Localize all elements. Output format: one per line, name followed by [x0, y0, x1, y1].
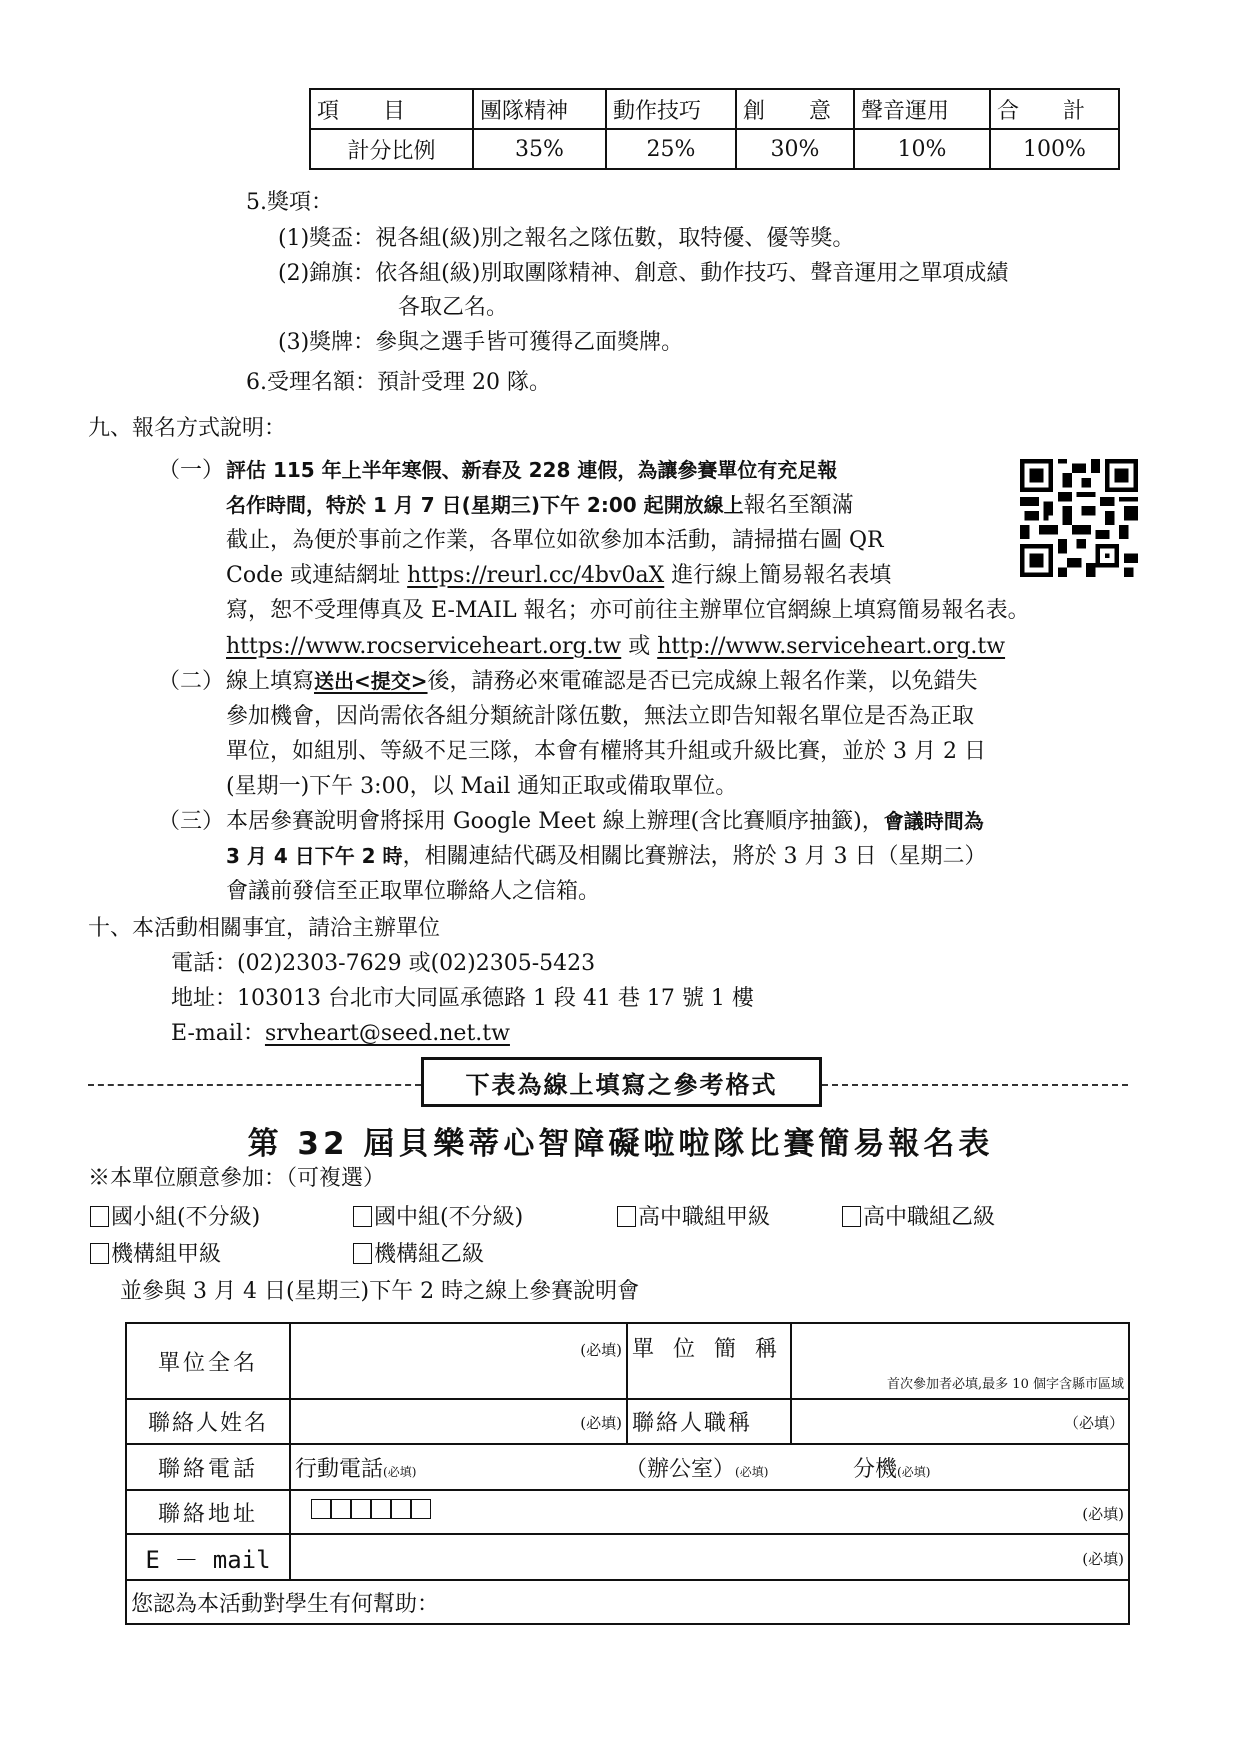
input-email[interactable]: (必填) [290, 1534, 1129, 1580]
value-total: 100% [990, 129, 1119, 169]
input-unit-short-name[interactable]: 首次參加者必填,最多 10 個字含縣市區域 [791, 1323, 1129, 1399]
option-institution-b[interactable]: 機構組乙級 [353, 1243, 484, 1266]
reurl-link[interactable]: https://reurl.cc/4bv0aX [407, 563, 664, 588]
postal-code-boxes[interactable] [311, 1499, 431, 1519]
awards-heading: 5.獎項： [246, 192, 333, 214]
contact-email-line: E-mail：srvheart@seed.net.tw [171, 1023, 510, 1045]
divider-right [822, 1084, 1128, 1086]
p2-marker: （二） [158, 671, 224, 693]
p2-line3: 單位，如組別、等級不足三隊，本會有權將其升組或升級比賽，並於 3 月 2 日 [226, 741, 986, 763]
value-creativity: 30% [736, 129, 854, 169]
p1-line4: Code 或連結網址 https://reurl.cc/4bv0aX 進行線上簡… [226, 565, 891, 587]
p1-marker: （一） [158, 460, 224, 482]
also-attend-note: 並參與 3 月 4 日(星期三)下午 2 時之線上參賽說明會 [120, 1281, 639, 1303]
input-phone-group[interactable]: 行動電話(必填)（辦公室）(必填)分機(必填) [290, 1444, 1129, 1490]
row-unit-name: 單位全名 (必填) 單 位 簡 稱 首次參加者必填,最多 10 個字含縣市區域 [126, 1323, 1129, 1399]
row-label: 計分比例 [310, 129, 473, 169]
quota: 6.受理名額：預計受理 20 隊。 [246, 372, 551, 394]
p1-line5: 寫，恕不受理傳真及 E-MAIL 報名；亦可前往主辦單位官網線上填寫簡易報名表。 [226, 600, 1030, 622]
qr-code-icon[interactable] [1019, 459, 1139, 577]
award-trophy: (1)獎盃：視各組(級)別之報名之隊伍數，取特優、優等獎。 [278, 228, 854, 250]
input-contact-title[interactable]: （必填） [791, 1399, 1129, 1444]
option-elementary[interactable]: 國小組(不分級) [90, 1206, 260, 1229]
option-senior-high-a[interactable]: 高中職組甲級 [617, 1206, 770, 1229]
value-team-spirit: 35% [473, 129, 606, 169]
p1-line1: 評估 115 年上半年寒假、新春及 228 連假，為讓參賽單位有充足報 [226, 460, 837, 480]
label-unit-full-name: 單位全名 [126, 1323, 290, 1399]
award-banner-cont: 各取乙名。 [398, 297, 508, 319]
label-contact-title: 聯絡人職稱 [627, 1399, 791, 1444]
contact-phone: 電話：(02)2303-7629 或(02)2305-5423 [171, 953, 595, 975]
section10-heading: 十、本活動相關事宜，請洽主辦單位 [88, 918, 440, 940]
value-movement-skill: 25% [606, 129, 736, 169]
row-help: 您認為本活動對學生有何幫助： [126, 1580, 1129, 1624]
checkbox[interactable] [353, 1243, 372, 1264]
p2-line2: 參加機會，因尚需依各組分類統計隊伍數，無法立即告知報名單位是否為正取 [226, 706, 974, 728]
p3-line2: 3 月 4 日下午 2 時，相關連結代碼及相關比賽辦法，將於 3 月 3 日（星… [226, 846, 987, 868]
p2-line4: (星期一)下午 3:00，以 Mail 通知正取或備取單位。 [226, 776, 737, 798]
header-total: 合 計 [990, 89, 1119, 129]
label-address: 聯絡地址 [126, 1490, 290, 1534]
p1-line2: 名作時間，特於 1 月 7 日(星期三)下午 2:00 起開放線上報名至額滿 [226, 495, 854, 517]
scoring-value-row: 計分比例 35% 25% 30% 10% 100% [310, 129, 1119, 169]
label-email: E － mail [126, 1534, 290, 1580]
checkbox[interactable] [353, 1206, 372, 1227]
checkbox[interactable] [842, 1206, 861, 1227]
form-title: 第 32 屆貝樂蒂心智障礙啦啦隊比賽簡易報名表 [0, 1118, 1241, 1163]
contact-address: 地址：103013 台北市大同區承德路 1 段 41 巷 17 號 1 樓 [171, 988, 754, 1010]
checkbox[interactable] [617, 1206, 636, 1227]
row-address: 聯絡地址 (必填) [126, 1490, 1129, 1534]
p3-marker: （三） [158, 811, 224, 833]
label-contact-phone: 聯絡電話 [126, 1444, 290, 1490]
input-unit-full-name[interactable]: (必填) [290, 1323, 627, 1399]
row-phone: 聯絡電話 行動電話(必填)（辦公室）(必填)分機(必填) [126, 1444, 1129, 1490]
award-banner: (2)錦旗：依各組(級)別取團隊精神、創意、動作技巧、聲音運用之單項成績 [278, 263, 1008, 285]
row-contact-name: 聯絡人姓名 (必填) 聯絡人職稱 （必填） [126, 1399, 1129, 1444]
input-contact-name[interactable]: (必填) [290, 1399, 627, 1444]
p2-line1: 線上填寫送出<提交>後，請務必來電確認是否已完成線上報名作業，以免錯失 [226, 671, 978, 693]
option-senior-high-b[interactable]: 高中職組乙級 [842, 1206, 995, 1229]
participate-prompt: ※本單位願意參加：（可複選） [88, 1168, 385, 1190]
section9-heading: 九、報名方式說明： [88, 418, 286, 440]
award-medal: (3)獎牌：參與之選手皆可獲得乙面獎牌。 [278, 332, 683, 354]
label-contact-name: 聯絡人姓名 [126, 1399, 290, 1444]
email-link[interactable]: srvheart@seed.net.tw [265, 1021, 510, 1046]
input-help-question[interactable]: 您認為本活動對學生有何幫助： [126, 1580, 1129, 1624]
registration-form: 單位全名 (必填) 單 位 簡 稱 首次參加者必填,最多 10 個字含縣市區域 … [125, 1322, 1130, 1625]
extension-field[interactable]: 分機(必填) [853, 1457, 930, 1482]
header-sound: 聲音運用 [854, 89, 990, 129]
header-item: 項 目 [310, 89, 473, 129]
header-movement-skill: 動作技巧 [606, 89, 736, 129]
p1-links: https://www.rocserviceheart.org.tw 或 htt… [226, 636, 1005, 658]
office-field[interactable]: （辦公室）(必填) [625, 1452, 853, 1483]
header-creativity: 創 意 [736, 89, 854, 129]
checkbox[interactable] [90, 1243, 109, 1264]
p3-line3: 會議前發信至正取單位聯絡人之信箱。 [226, 881, 600, 903]
p1-line3: 截止，為便於事前之作業，各單位如欲參加本活動，請掃描右圖 QR [226, 530, 884, 552]
p3-line1: 本居參賽說明會將採用 Google Meet 線上辦理(含比賽順序抽籤)，會議時… [226, 811, 984, 833]
value-sound: 10% [854, 129, 990, 169]
header-team-spirit: 團隊精神 [473, 89, 606, 129]
label-unit-short-name: 單 位 簡 稱 [627, 1323, 791, 1399]
option-junior-high[interactable]: 國中組(不分級) [353, 1206, 523, 1229]
reference-format-box: 下表為線上填寫之參考格式 [421, 1057, 822, 1107]
input-address[interactable]: (必填) [290, 1490, 1129, 1534]
divider-left [88, 1084, 421, 1086]
official-site-link-a[interactable]: https://www.rocserviceheart.org.tw [226, 634, 621, 659]
scoring-header-row: 項 目 團隊精神 動作技巧 創 意 聲音運用 合 計 [310, 89, 1119, 129]
official-site-link-b[interactable]: http://www.serviceheart.org.tw [657, 634, 1005, 659]
row-email: E － mail (必填) [126, 1534, 1129, 1580]
mobile-field[interactable]: 行動電話(必填) [295, 1452, 625, 1483]
scoring-table: 項 目 團隊精神 動作技巧 創 意 聲音運用 合 計 計分比例 35% 25% … [309, 88, 1120, 170]
checkbox[interactable] [90, 1206, 109, 1227]
option-institution-a[interactable]: 機構組甲級 [90, 1243, 221, 1266]
